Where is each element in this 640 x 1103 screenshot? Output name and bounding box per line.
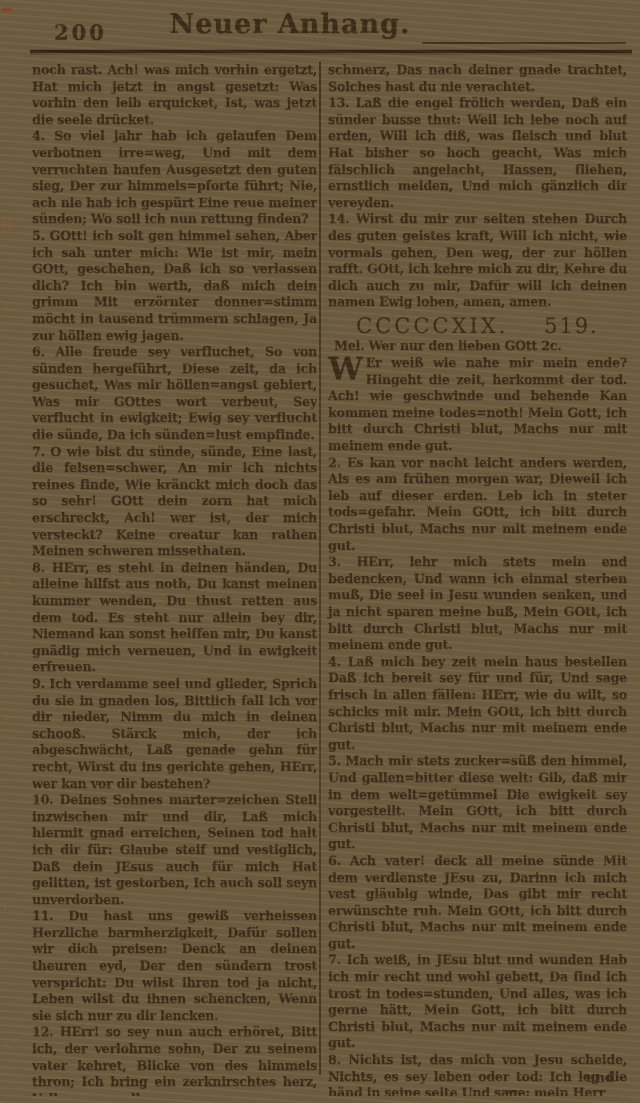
ink-dash	[507, 1090, 516, 1093]
verse-continuation: schmerz, Das nach deiner gnade trachtet,…	[328, 62, 627, 95]
hymn-number-arabic: 519.	[544, 314, 599, 338]
verse-paragraph: 8. HErr, es steht in deinen händen, Du a…	[32, 560, 317, 676]
verse-paragraph: 6. Ach vater! deck all meine sünde Mit d…	[328, 853, 627, 953]
verse-paragraph-dropcap: WEr weiß wie nahe mir mein ende? Hingeht…	[328, 355, 627, 455]
verse-paragraph: 2. Es kan vor nacht leicht anders werden…	[328, 455, 627, 555]
verse-paragraph: 9. Ich verdamme seel und glieder, Sprich…	[32, 676, 317, 792]
bleedthrough-mark: t	[4, 300, 9, 313]
book-page: 200 Neuer Anhang. noch rast. Ach! was mi…	[0, 0, 640, 1103]
verse-paragraph: 4. So viel jahr hab ich gelaufen Dem ver…	[32, 128, 317, 228]
verse-paragraph: 6. Alle freude sey verfluchet, So von sü…	[32, 344, 317, 444]
page-number: 200	[54, 20, 107, 45]
melody-line: Mel. Wer nur den lieben GOtt 2c.	[328, 338, 627, 355]
verse-paragraph: 7. Ich weiß, in JEsu blut und wunden Hab…	[328, 952, 627, 1052]
bleedthrough-mark: ſ	[3, 900, 8, 913]
right-column: schmerz, Das nach deiner gnade trachtet,…	[321, 62, 627, 1096]
verse-continuation: noch rast. Ach! was mich vorhin ergetzt,…	[32, 62, 317, 128]
bleedthrough-mark: )ı	[3, 712, 12, 725]
verse-paragraph: 3. HErr, lehr mich stets mein end bedenc…	[328, 554, 627, 654]
catchword: und	[586, 1071, 614, 1086]
verse-paragraph: 10. Deines Sohnes marter=zeichen Stell i…	[32, 792, 317, 908]
bleedthrough-mark: ſ(	[2, 218, 12, 231]
verse-paragraph: 12. HErr! so sey nun auch erhöret, Bitt …	[32, 1024, 317, 1096]
header-line	[422, 42, 626, 44]
bleedthrough-mark: ,ſ	[2, 574, 11, 587]
hymn-number-roman: CCCCCXIX.	[356, 314, 508, 338]
verse-paragraph: 7. O wie bist du sünde, sünde, Eine last…	[32, 444, 317, 560]
header-rule	[30, 50, 632, 53]
first-verse-text: Er weiß wie nahe mir mein ende? Hingeht …	[328, 355, 627, 453]
verse-paragraph: 14. Wirst du mir zur seiten stehen Durch…	[328, 211, 627, 311]
bleedthrough-mark: (	[4, 648, 9, 661]
left-column: noch rast. Ach! was mich vorhin ergetzt,…	[32, 62, 317, 1096]
verse-paragraph: 13. Laß die engel frölich werden, Daß ei…	[328, 95, 627, 211]
verse-paragraph: 8. Nichts ist, das mich von Jesu scheide…	[328, 1052, 627, 1096]
hymn-number-heading: CCCCCXIX. 519.	[328, 318, 627, 335]
verse-paragraph: 5. GOtt! ich solt gen himmel sehen, Aber…	[32, 228, 317, 344]
running-title: Neuer Anhang.	[150, 9, 430, 40]
drop-cap-initial: W	[328, 355, 366, 383]
verse-paragraph: 4. Laß mich bey zeit mein haus bestellen…	[328, 654, 627, 754]
text-columns: noch rast. Ach! was mich vorhin ergetzt,…	[32, 62, 627, 1096]
verse-paragraph: 5. Mach mir stets zucker=süß den himmel,…	[328, 753, 627, 853]
red-edge-tick	[2, 6, 12, 11]
verse-paragraph: 11. Du hast uns gewiß verheissen Herzlic…	[32, 908, 317, 1024]
bleedthrough-mark: ==	[2, 1034, 18, 1047]
